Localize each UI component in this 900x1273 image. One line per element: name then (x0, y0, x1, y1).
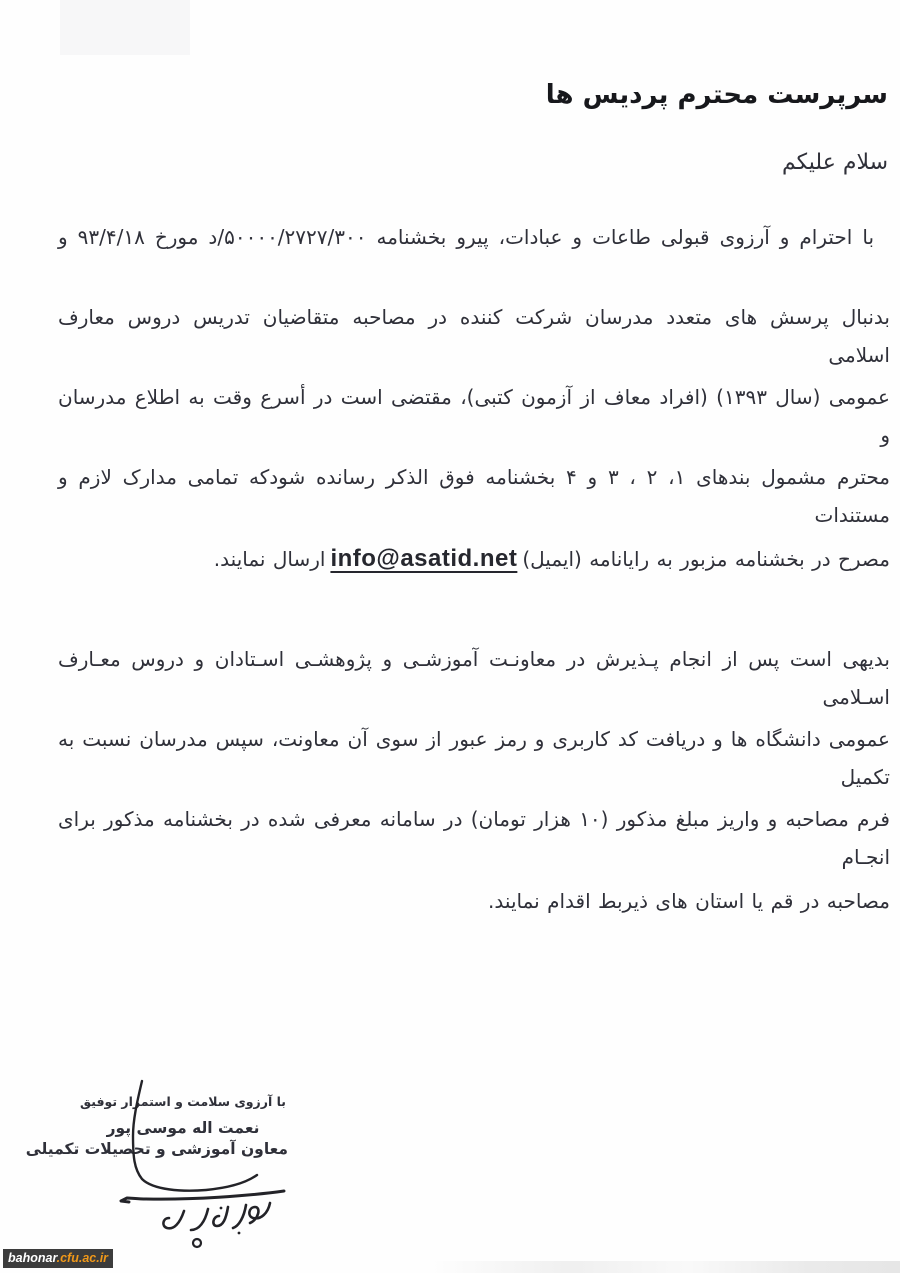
paragraph2-line1: بدیهی است پس از انجام پـذیرش در معاونـت … (58, 640, 890, 678)
paragraph2-line3: فرم مصاحبه و واریز مبلغ مذکور (۱۰ هزار ت… (58, 800, 890, 838)
paragraph1-line1: با احترام و آرزوی قبولی طاعات و عبادات، … (58, 218, 874, 256)
signatory-title: معاون آموزشی و تحصیلات تکمیلی (78, 1140, 288, 1158)
watermark-site-name: bahonar (8, 1251, 57, 1265)
signature-block: با آرزوی سلامت و استمرار توفیق نعمت اله … (78, 1094, 288, 1158)
watermark-bar: bahonar.cfu.ac.ir (3, 1249, 113, 1268)
signatory-name: نعمت اله موسی پور (78, 1119, 288, 1137)
paragraph2-line4: مصاحبه در قم یا استان های ذیربط اقدام نم… (58, 882, 890, 920)
scanned-letter-page: سرپرست محترم پردیس ها سلام علیکم با احتر… (0, 0, 900, 1273)
paragraph1-line5: مصرح در بخشنامه مزبور به رایانامه (ایمیل… (58, 540, 890, 578)
letter-salutation: سلام علیکم (782, 150, 888, 175)
email-address: info@asatid.net (325, 545, 522, 572)
scan-noise (430, 1261, 900, 1273)
paragraph1-line4: محترم مشمول بندهای ۱، ۲ ، ۳ و ۴ بخشنامه … (58, 458, 890, 496)
scan-noise (60, 0, 190, 55)
paragraph1-line2: بدنبال پرسش های متعدد مدرسان شرکت کننده … (58, 298, 890, 336)
paragraph1-line5-prefix: مصرح در بخشنامه مزبور به رایانامه (ایمیل… (522, 547, 890, 571)
signature-closing: با آرزوی سلامت و استمرار توفیق (78, 1094, 288, 1109)
paragraph2-line2: عمومی دانشگاه ها و دریافت کد کاربری و رم… (58, 720, 890, 758)
paragraph1-line3: عمومی (سال ۱۳۹۳) (افراد معاف از آزمون کت… (58, 378, 890, 416)
paragraph1-line5-suffix: ارسال نمایند. (214, 547, 326, 571)
letter-title: سرپرست محترم پردیس ها (546, 80, 888, 110)
watermark-site-domain: .cfu.ac.ir (57, 1251, 108, 1265)
handwritten-signature (100, 1060, 300, 1260)
